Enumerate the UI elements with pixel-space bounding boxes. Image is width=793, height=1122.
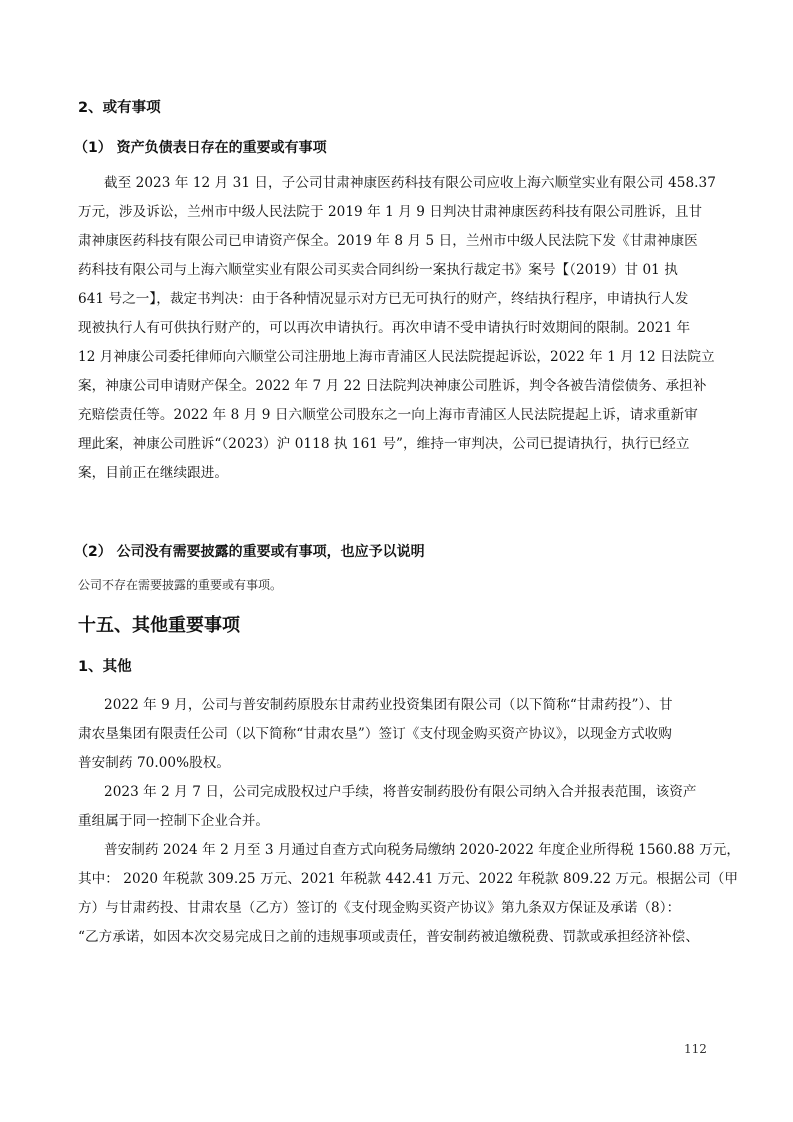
text-line: 肃神康医药科技有限公司已申请资产保全。2019 年 8 月 5 日，兰州市中级人…: [78, 227, 718, 256]
page-number: 112: [684, 1042, 707, 1056]
text-line: 肃农垦集团有限责任公司（以下简称“甘肃农垦”）签订《支付现金购买资产协议》，以现…: [78, 720, 718, 749]
tax-payment-paragraph: 普安制药 2024 年 2 月至 3 月通过自查方式向税务局缴纳 2020-20…: [78, 836, 718, 952]
text-line: 其中： 2020 年税款 309.25 万元、2021 年税款 442.41 万…: [78, 865, 718, 894]
contingency-paragraph: 截至 2023 年 12 月 31 日，子公司甘肃神康医药科技有限公司应收上海六…: [78, 169, 718, 488]
text-line: 普安制药 70.00%股权。: [78, 749, 718, 778]
text-line: 重组属于同一控制下企业合并。: [78, 807, 718, 836]
section-heading-contingencies: 2、或有事项: [78, 96, 161, 117]
section-heading-other-important-matters: 十五、其他重要事项: [78, 611, 240, 637]
transfer-paragraph: 2023 年 2 月 7 日，公司完成股权过户手续，将普安制药股份有限公司纳入合…: [78, 778, 718, 836]
text-line: 2023 年 2 月 7 日，公司完成股权过户手续，将普安制药股份有限公司纳入合…: [78, 778, 718, 807]
subsection-heading-balance-sheet-contingencies: （1） 资产负债表日存在的重要或有事项: [74, 137, 327, 157]
text-line: 2022 年 9 月，公司与普安制药原股东甘肃药业投资集团有限公司（以下简称“甘…: [78, 691, 718, 720]
acquisition-paragraph: 2022 年 9 月，公司与普安制药原股东甘肃药业投资集团有限公司（以下简称“甘…: [78, 691, 718, 778]
text-line: 理此案，神康公司胜诉“（2023）沪 0118 执 161 号”，维持一审判决，…: [78, 430, 718, 459]
text-line: 普安制药 2024 年 2 月至 3 月通过自查方式向税务局缴纳 2020-20…: [78, 836, 718, 865]
text-line: 案，目前正在继续跟进。: [78, 459, 718, 488]
text-line: “乙方承诺，如因本次交易完成日之前的违规事项或责任，普安制药被追缴税费、罚款或承…: [78, 923, 718, 952]
text-line: 12 月神康公司委托律师向六顺堂公司注册地上海市青浦区人民法院提起诉讼，2022…: [78, 343, 718, 372]
subsection-heading-other: 1、其他: [78, 655, 132, 676]
no-contingencies-statement: 公司不存在需要披露的重要或有事项。: [78, 576, 282, 593]
text-line: 充赔偿责任等。2022 年 8 月 9 日六顺堂公司股东之一向上海市青浦区人民法…: [78, 401, 718, 430]
text-line: 641 号之一】，裁定书判决：由于各种情况显示对方已无可执行的财产，终结执行程序…: [78, 285, 718, 314]
text-line: 方）与甘肃药投、甘肃农垦（乙方）签订的《支付现金购买资产协议》第九条双方保证及承…: [78, 894, 718, 923]
text-line: 截至 2023 年 12 月 31 日，子公司甘肃神康医药科技有限公司应收上海六…: [78, 169, 718, 198]
text-line: 现被执行人有可供执行财产的，可以再次申请执行。再次申请不受申请执行时效期间的限制…: [78, 314, 718, 343]
subsection-heading-no-contingencies: （2） 公司没有需要披露的重要或有事项，也应予以说明: [74, 541, 425, 561]
text-line: 案，神康公司申请财产保全。2022 年 7 月 22 日法院判决神康公司胜诉，判…: [78, 372, 718, 401]
text-line: 万元，涉及诉讼，兰州市中级人民法院于 2019 年 1 月 9 日判决甘肃神康医…: [78, 198, 718, 227]
text-line: 药科技有限公司与上海六顺堂实业有限公司买卖合同纠纷一案执行裁定书》案号【（201…: [78, 256, 718, 285]
document-page: 2、或有事项 （1） 资产负债表日存在的重要或有事项 截至 2023 年 12 …: [0, 0, 793, 1122]
